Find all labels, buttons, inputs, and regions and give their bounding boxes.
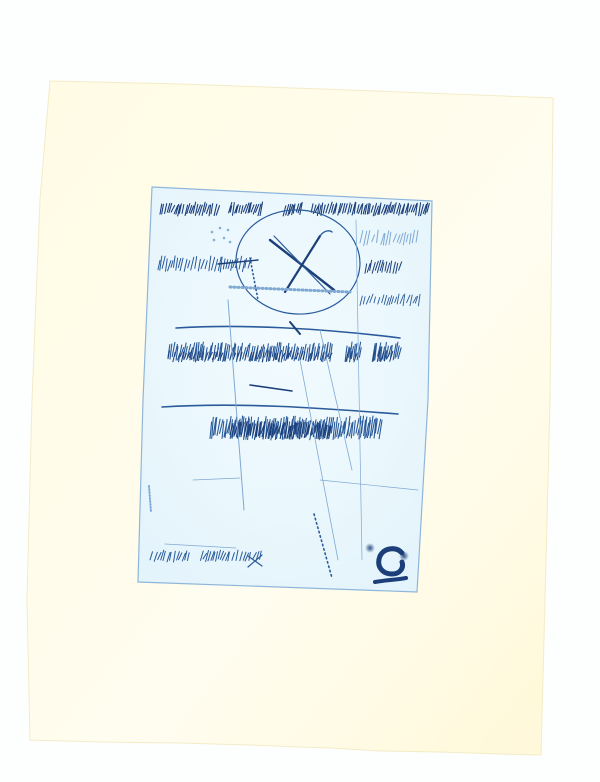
print-illustration	[0, 0, 600, 782]
